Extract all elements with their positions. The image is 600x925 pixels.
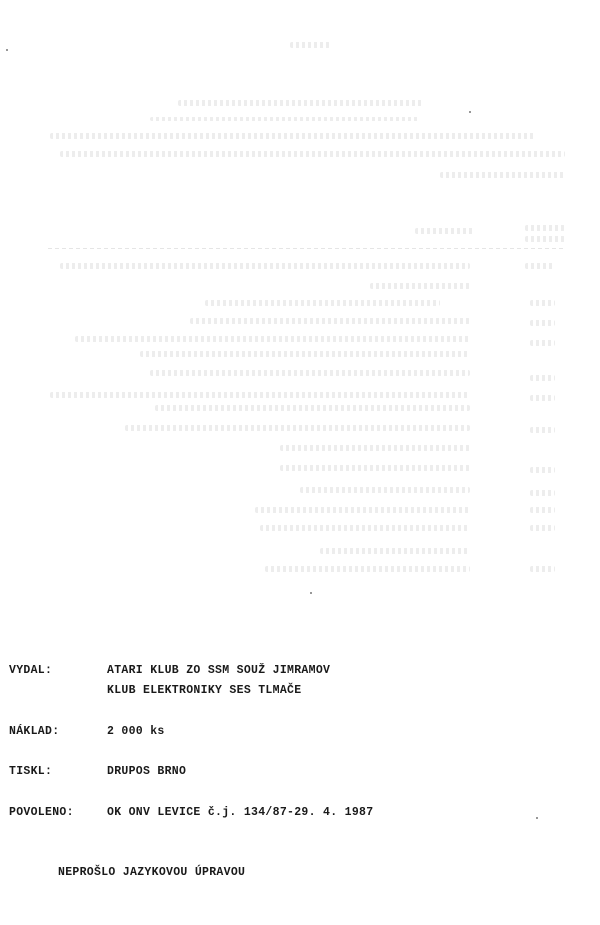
permit-value: OK ONV LEVICE č.j. 134/87-29. 4. 1987: [107, 806, 373, 819]
printer-label: TISKL:: [9, 765, 52, 778]
permit-label: POVOLENO:: [9, 806, 74, 819]
print-run-value: 2 000 ks: [107, 725, 165, 738]
publisher-line-2: KLUB ELEKTRONIKY SES TLMAČE: [107, 684, 301, 697]
print-run-label: NÁKLAD:: [9, 725, 59, 738]
publisher-line-1: ATARI KLUB ZO SSM SOUŽ JIMRAMOV: [107, 664, 330, 677]
printer-value: DRUPOS BRNO: [107, 765, 186, 778]
publisher-label: VYDAL:: [9, 664, 52, 677]
language-note: NEPROŠLO JAZYKOVOU ÚPRAVOU: [58, 866, 245, 879]
